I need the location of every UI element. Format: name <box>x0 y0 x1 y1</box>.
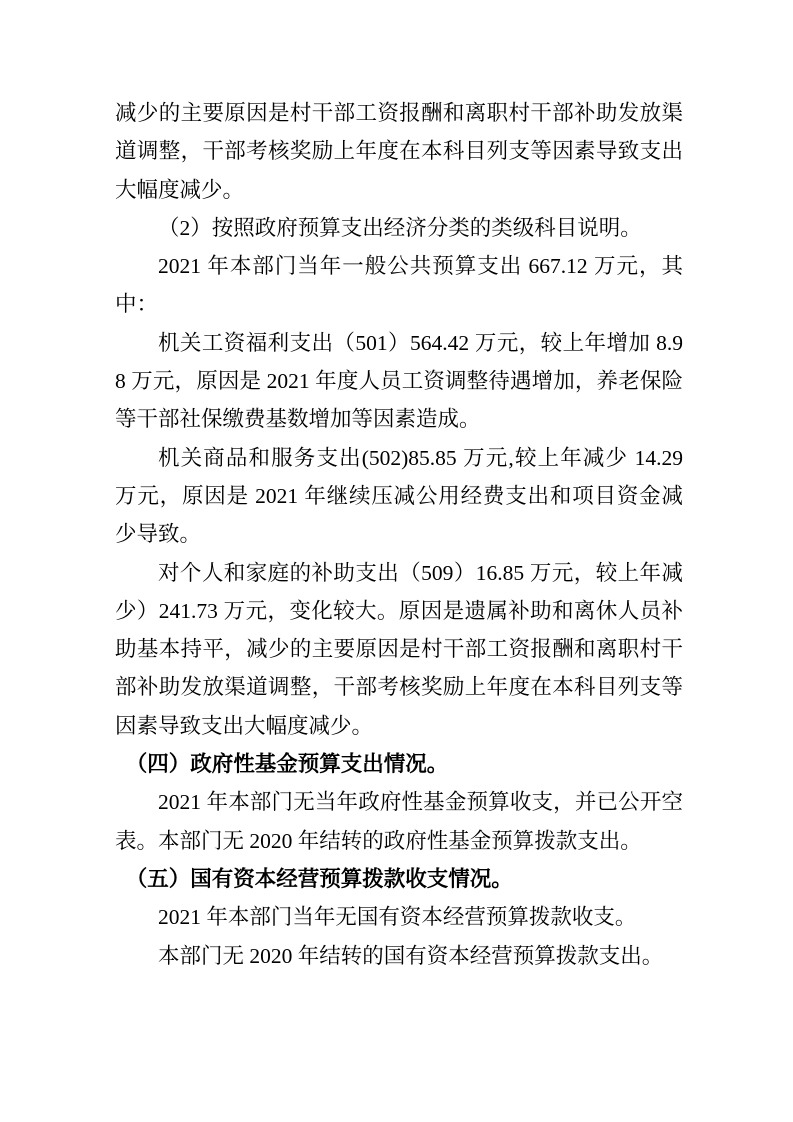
document-page: 减少的主要原因是村干部工资报酬和离职村干部补助发放渠道调整，干部考核奖励上年度在… <box>0 0 793 1122</box>
para-wage-welfare-expenditure-501: 机关工资福利支出（501）564.42 万元，较上年增加 8.98 万元，原因是… <box>115 324 683 439</box>
para-individual-family-subsidy-509: 对个人和家庭的补助支出（509）16.85 万元，较上年减少）241.73 万元… <box>115 554 683 745</box>
para-economic-classification-note: （2）按照政府预算支出经济分类的类级科目说明。 <box>115 209 683 247</box>
para-government-fund-budget-detail: 2021 年本部门无当年政府性基金预算收支，并已公开空表。本部门无 2020 年… <box>115 783 683 860</box>
para-state-capital-no-carryover: 本部门无 2020 年结转的国有资本经营预算拨款支出。 <box>115 937 683 975</box>
heading-state-capital-budget-section: （五）国有资本经营预算拨款收支情况。 <box>115 860 683 898</box>
para-subsidy-decrease-continuation: 减少的主要原因是村干部工资报酬和离职村干部补助发放渠道调整，干部考核奖励上年度在… <box>115 94 683 209</box>
para-state-capital-no-receipts: 2021 年本部门当年无国有资本经营预算拨款收支。 <box>115 898 683 936</box>
para-total-public-budget-expenditure: 2021 年本部门当年一般公共预算支出 667.12 万元，其中： <box>115 247 683 324</box>
para-goods-services-expenditure-502: 机关商品和服务支出(502)85.85 万元,较上年减少 14.29 万元，原因… <box>115 439 683 554</box>
heading-government-fund-budget-section: （四）政府性基金预算支出情况。 <box>115 745 683 783</box>
